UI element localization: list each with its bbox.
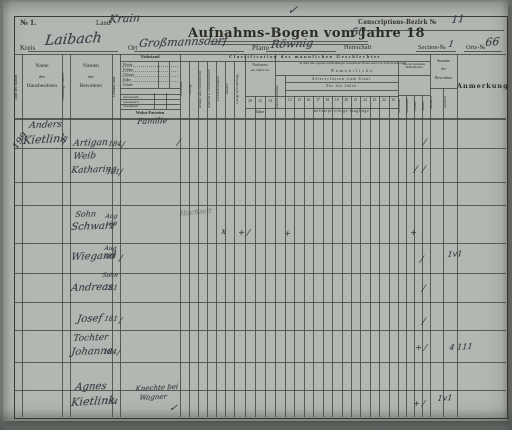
grid-line [332,96,333,417]
classification-column-label: Adelige [189,62,198,116]
col-residents-name: Namen der Bewohner [72,64,110,90]
year-cells: 141516171819202122232425 [285,98,398,107]
col-owner-line1: Name [24,64,60,70]
pfarre-label: Pfarre [252,45,269,52]
viehstand-title: Viehstand [120,55,180,60]
main-box-line5: militärpflichtige Jünglinge [285,110,398,114]
handwritten-resident-name: Sohn [75,209,97,219]
wohnparteien-label: Wohn-Parteien [120,111,180,116]
grid-line [14,330,506,331]
orts-label: Orts-№ [466,45,486,52]
viehstand-row: Schafe [123,83,163,88]
nachweis-line3: Jahre [245,110,275,114]
grid-line [120,88,180,89]
handwritten-resident-name: Agnes [74,381,107,393]
handwritten-owner-name: Anders [29,120,63,131]
handwritten-tally: + [412,399,420,408]
handwritten-resident-name: Tochter [73,333,109,344]
main-box-line3: Altersclassen zum Staat [285,77,398,81]
nachweis-cells: 101214 [245,98,275,107]
grid-line [255,96,256,417]
handwritten-resident-name: Josef [76,313,102,325]
summe-line3: Bewohner [430,76,457,80]
handwritten-conscription-no: 11 [451,14,465,26]
handwritten-birth-year: 188 [104,253,117,260]
year-cell: 16 [304,98,313,107]
ort-label: Ort [128,45,137,52]
kreis-label: Kreis [20,45,35,52]
grid-line [154,93,155,109]
handwritten-remark: 4 111 [449,342,473,352]
summe-columns: männlichweiblich [430,90,457,115]
grid-line [370,96,371,417]
classification-column-label: Beamte und Honoratioren [199,62,208,116]
grid-line [14,205,506,206]
handwritten-owner-name: Kietlink [22,132,67,147]
grid-line [14,182,506,183]
nachweis-age-cell: 10 [245,98,255,107]
classification-column-label: Geistliche [180,62,189,116]
handwritten-birth-year: 184 [103,348,118,356]
year-cell: 14 [285,98,294,107]
form-number: № 1. [20,19,36,27]
handwritten-remark: 1v1 [447,249,463,259]
grid-line [285,90,398,91]
col-party-number: Wohnungs-Numer [62,58,70,116]
grid-line [351,96,352,417]
col-owner-line2: des [24,75,60,80]
grid-line [379,96,380,417]
handwritten-remark: 1v1 [437,393,453,403]
handwritten-birth-year: Aug [104,245,117,252]
handwritten-birth-year: 184 [104,398,119,406]
section-label: Section-№ [418,45,446,52]
year-cell: 21 [351,98,360,107]
grid-line [166,93,167,109]
year-cell: 22 [360,98,369,107]
col-owner-line3: Hausbesitzers [24,84,60,90]
classification-columns: GeistlicheAdeligeBeamte und Honoratioren… [180,62,245,116]
handwritten-tally: + [283,229,291,238]
dwelling-row: Zusammen [123,104,153,109]
year-cell: 24 [379,98,388,107]
grid-line [14,362,506,363]
handwritten-birth-year: 189 [105,221,118,228]
classification-column-label: Übrige Bevölkerung [236,62,245,116]
grid-line [304,96,305,417]
grid-line [360,96,361,417]
handwritten-birth-year: Aug [105,213,118,220]
handwritten-tally: + [237,228,245,237]
grid-line [389,96,390,417]
scanned-census-form: № 1. Land Conscriptions-Bezirk № Aufnahm… [0,0,512,430]
handwritten-year-50: 50 [351,25,367,39]
grid-line [14,302,506,303]
handwritten-birth-year: 181 [104,315,119,323]
right-box-columns: AnwesendeAbwesendeFremdeSumme [398,96,430,116]
grid-line [313,96,314,417]
handwritten-resident-name: Artigan [73,138,109,149]
handwritten-pfarre-value: Röwnig [270,37,314,51]
col-res-line2: der [72,75,110,80]
grid-line [265,96,266,417]
viehstand-rows: PferdeFohlenOchsenKüheSchafe [123,63,163,88]
handwritten-note: Wagner [139,393,167,402]
grid-line [266,51,336,52]
year-cell: 20 [342,98,351,107]
col-owner-name: Name des Hausbesitzers [24,64,60,90]
right-box-column-label: Fremde [414,96,422,116]
classification-column-label: Bauern [226,62,235,116]
handwritten-resident-name: Sohn [102,272,119,279]
grid-line [14,273,506,274]
right-box-column-label: Summe [422,96,430,116]
classification-column-label: Künstler u. Professionisten [208,62,217,116]
grid-line [323,96,324,417]
handwritten-birth-year: 181 [104,284,119,292]
handwritten-kreis-value: Laibach [44,30,103,49]
year-cell: 15 [294,98,303,107]
herrschaft-label: Herrschaft [344,45,371,52]
grid-line [414,95,415,417]
grid-line [28,51,118,52]
grid-line [342,96,343,417]
grid-line [14,243,506,244]
grid-line [406,95,407,417]
handwritten-tally: + [414,343,422,352]
anmerkung-header: Anmerkung [457,83,506,90]
classification-title: Classification des männlichen Geschlecht… [181,55,429,60]
col-house-number: Zahl der Häuser [14,58,22,116]
handwritten-orts-value: 66 [485,35,501,49]
right-box-column-label: Anwesende [398,96,406,116]
main-box-line4: Für die Jahre [285,84,398,88]
summe-line2: der [430,68,457,72]
col-res-line1: Namen [72,64,110,70]
grid-line [285,75,286,417]
nachweis-line2: der Söhne bis [245,69,275,73]
grid-line [430,88,457,89]
nachweis-line1: Nachweis [245,63,275,67]
summe-line1: Summe [430,59,457,63]
nachweis-age-cell: 14 [265,98,275,107]
col-res-line3: Bewohner [72,84,110,90]
right-box-text: Die im Auslande Befindlichen [399,63,429,70]
summe-column-label: weiblich [444,90,458,115]
handwritten-note: Familie [137,116,168,126]
year-cell: 19 [332,98,341,107]
col-birth-year: Geburts-Jahr [112,58,120,116]
grid-line [294,96,295,417]
grid-line [285,82,398,83]
grid-line [443,88,444,417]
handwritten-tally: + [409,228,417,237]
main-box-left-col: Zahl der Familien [276,77,285,116]
right-box-column-label: Abwesende [406,96,414,116]
handwritten-land-value: Krain [108,11,140,26]
year-cell: 23 [370,98,379,107]
summe-column-label: männlich [430,90,444,115]
nachweis-age-cell: 12 [255,98,265,107]
grid-line [134,51,244,52]
year-cell: 18 [323,98,332,107]
grid-line [14,118,506,120]
year-cell: 17 [313,98,322,107]
year-cell: 25 [389,98,398,107]
handwritten-resident-name: Weib [73,151,97,162]
classification-column-label: Gewerbs-Inhaber [217,62,226,116]
dwelling-rows: AnwesendeSchutzverw.Zusammen [123,95,153,109]
